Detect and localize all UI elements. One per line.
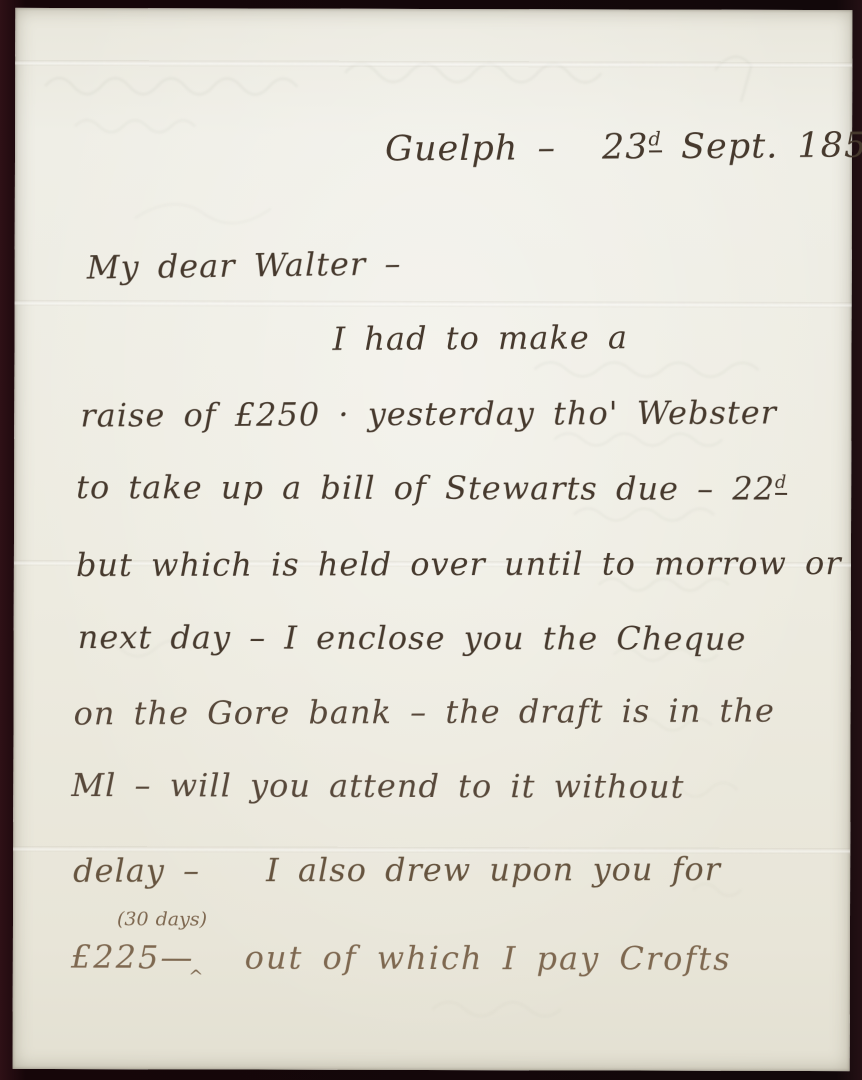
amount: £225— [71, 938, 195, 976]
body-line-5: next day – I enclose you the Cheque [78, 618, 747, 658]
body-line-3-text: to take up a bill of Stewarts due – 22 [76, 468, 775, 508]
dateline-month-year: Sept. 1855 [681, 126, 862, 168]
body-line-2: raise of £250 · yesterday tho' Webster [80, 393, 777, 434]
interlinear-insertion: (30 days) [117, 908, 207, 930]
dateline-day-ordinal: d [648, 128, 662, 153]
body-line-9-rest: out of which I pay Crofts [245, 939, 732, 978]
body-line-1: I had to make a [332, 318, 628, 358]
body-line-7: Ml – will you attend to it without [71, 766, 684, 806]
body-line-3: to take up a bill of Stewarts due – 22d [76, 468, 787, 508]
body-line-9: (30 days) £225—^ out of which I pay Crof… [71, 938, 732, 978]
body-line-3-ordinal: d [775, 473, 787, 495]
body-line-4: but which is held over until to morrow o… [76, 544, 842, 584]
body-line-8: delay –I also drew upon you for [73, 850, 721, 890]
amount-wrap: (30 days) £225—^ [71, 938, 214, 976]
body-line-8-rest: I also drew upon you for [266, 850, 721, 889]
body-line-8-delay: delay – [73, 851, 200, 889]
insertion-caret: ^ [188, 966, 205, 987]
dateline: Guelph –23d Sept. 1855 [385, 126, 862, 170]
scan-background: Guelph –23d Sept. 1855 My dear Walter – … [0, 0, 862, 1080]
salutation: My dear Walter – [86, 244, 401, 286]
dateline-place: Guelph – [385, 128, 556, 169]
dateline-day: 23 [602, 127, 649, 167]
letter-page: Guelph –23d Sept. 1855 My dear Walter – … [13, 8, 853, 1071]
body-line-6: on the Gore bank – the draft is in the [73, 691, 774, 732]
